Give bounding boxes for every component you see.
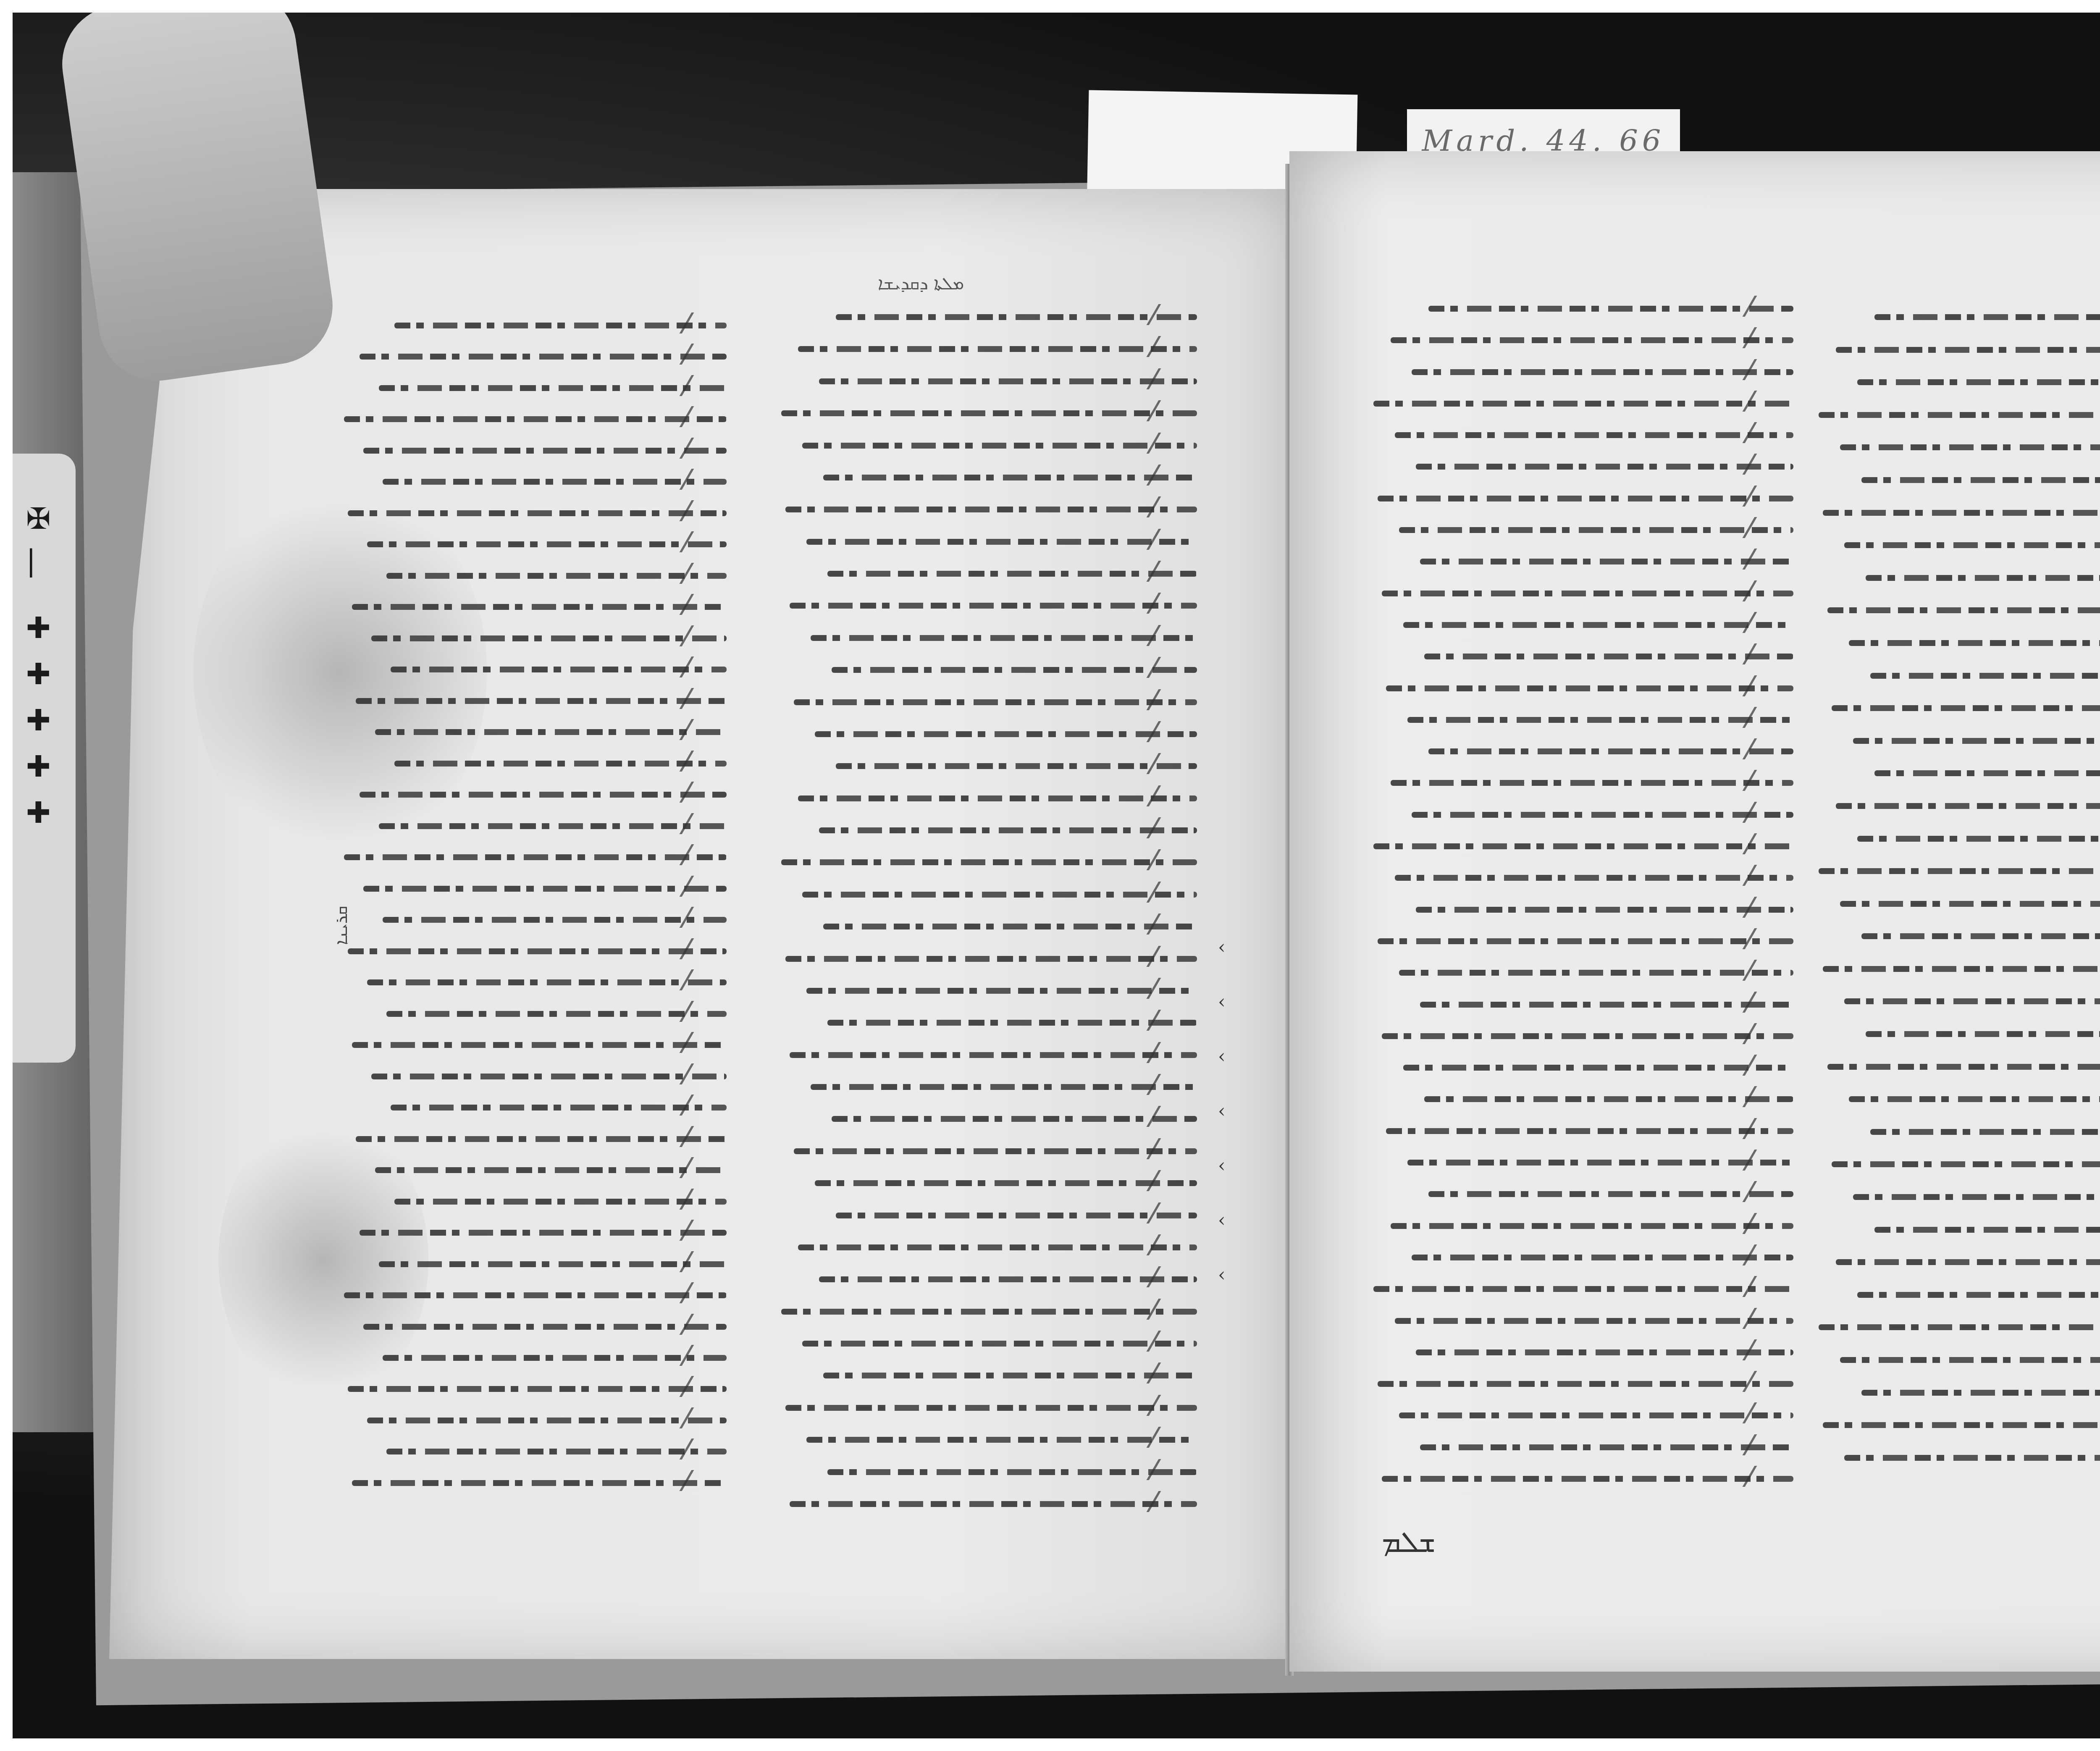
text-line — [777, 1494, 1197, 1512]
text-line — [1369, 836, 1793, 854]
embroidered-sleeve: ✠ | ✚ ✚ ✚ ✚ ✚ — [13, 454, 76, 1063]
text-line — [340, 722, 727, 740]
text-line — [777, 1108, 1197, 1127]
text-line — [777, 1365, 1197, 1383]
text-line — [1814, 665, 2100, 684]
text-line — [340, 941, 727, 959]
text-line — [1369, 1373, 1793, 1392]
text-line — [1369, 362, 1793, 380]
text-line — [1369, 772, 1793, 791]
text-line — [340, 1473, 727, 1491]
text-line — [777, 371, 1197, 389]
text-line — [1369, 298, 1793, 317]
text-line — [1814, 535, 2100, 553]
text-line — [340, 471, 727, 490]
text-line — [340, 1441, 727, 1460]
text-line — [1814, 1089, 2100, 1107]
text-line — [1369, 1310, 1793, 1329]
cross-mark-icon: ✚ — [26, 798, 51, 827]
text-line — [1814, 633, 2100, 651]
text-line — [340, 847, 727, 865]
bar-mark-icon: | — [26, 546, 36, 575]
text-line — [1369, 1247, 1793, 1265]
margin-arrow-icon: ‹ — [1218, 1046, 1226, 1067]
text-line — [1369, 1342, 1793, 1360]
text-line — [1369, 931, 1793, 949]
text-line — [340, 378, 727, 396]
text-line — [1814, 763, 2100, 781]
text-line — [777, 531, 1197, 550]
text-line — [1814, 1447, 2100, 1466]
text-line — [1369, 393, 1793, 412]
text-line — [777, 563, 1197, 582]
margin-arrow-icon: ‹ — [1218, 937, 1226, 958]
text-line — [1369, 741, 1793, 759]
text-line — [777, 884, 1197, 903]
text-line — [1369, 456, 1793, 475]
text-line — [1814, 958, 2100, 977]
text-line — [1369, 614, 1793, 633]
text-line — [777, 1205, 1197, 1223]
text-line — [1814, 437, 2100, 455]
left-page-outer-column — [340, 315, 727, 1491]
text-line — [777, 1269, 1197, 1287]
cross-mark-icon: ✚ — [26, 613, 51, 643]
text-line — [1814, 600, 2100, 618]
text-line — [340, 1191, 727, 1210]
cross-mark-icon: ✚ — [26, 659, 51, 689]
text-line — [777, 1045, 1197, 1063]
text-line — [777, 403, 1197, 421]
text-line — [777, 1462, 1197, 1480]
text-line — [1814, 861, 2100, 879]
running-header: ܡܠܬܐ ܕܩܕܝܫܐ — [878, 273, 964, 294]
text-line — [777, 627, 1197, 646]
text-line — [777, 595, 1197, 614]
text-line — [1369, 1215, 1793, 1234]
text-line — [777, 692, 1197, 710]
text-line — [1814, 1056, 2100, 1075]
text-line — [340, 1003, 727, 1022]
margin-arrow-icon: ‹ — [1218, 1210, 1226, 1231]
text-line — [340, 534, 727, 552]
text-line — [340, 1378, 727, 1397]
text-line — [1814, 567, 2100, 586]
text-line — [777, 980, 1197, 999]
text-line — [777, 1429, 1197, 1448]
text-line — [777, 852, 1197, 870]
text-line — [340, 1034, 727, 1053]
text-line — [1369, 551, 1793, 570]
text-line — [1369, 1278, 1793, 1297]
text-line — [1814, 339, 2100, 358]
text-line — [1369, 1405, 1793, 1423]
text-line — [1369, 994, 1793, 1013]
text-line — [340, 909, 727, 928]
text-line — [340, 1160, 727, 1178]
text-line — [340, 1410, 727, 1428]
text-line — [1369, 1468, 1793, 1487]
text-line — [777, 1397, 1197, 1416]
text-line — [1369, 1089, 1793, 1107]
text-line — [1814, 926, 2100, 944]
text-line — [1814, 698, 2100, 716]
text-line — [1369, 488, 1793, 507]
text-line — [1369, 1026, 1793, 1044]
text-line — [1369, 1057, 1793, 1076]
text-line — [1814, 1154, 2100, 1172]
text-line — [340, 315, 727, 333]
text-line — [777, 1141, 1197, 1159]
text-line — [777, 820, 1197, 838]
text-line — [340, 659, 727, 677]
right-page-inner-column — [1369, 298, 1793, 1487]
text-line — [1814, 404, 2100, 423]
text-line — [1814, 1382, 2100, 1401]
text-line — [1814, 893, 2100, 912]
text-line — [1814, 1024, 2100, 1042]
text-line — [777, 339, 1197, 357]
cross-mark-icon: ✚ — [26, 752, 51, 781]
margin-arrow-icon: ‹ — [1218, 1100, 1226, 1122]
text-line — [1369, 962, 1793, 981]
text-line — [777, 1237, 1197, 1255]
text-line — [777, 435, 1197, 454]
text-line — [1369, 520, 1793, 538]
text-line — [340, 972, 727, 990]
text-line — [340, 565, 727, 584]
text-line — [777, 1333, 1197, 1352]
scribe-signature: ܫܠܡ — [1382, 1525, 1436, 1559]
text-line — [1369, 646, 1793, 664]
text-line — [1814, 730, 2100, 749]
text-line — [777, 467, 1197, 486]
right-page-outer-column — [1814, 307, 2100, 1466]
cross-mark-icon: ✚ — [26, 706, 51, 735]
text-line — [1814, 1121, 2100, 1140]
text-line — [340, 816, 727, 834]
cross-mark-icon: ✠ — [26, 504, 51, 533]
text-line — [777, 724, 1197, 742]
text-line — [777, 788, 1197, 806]
text-line — [1369, 804, 1793, 823]
text-line — [340, 1254, 727, 1272]
text-line — [777, 499, 1197, 517]
text-line — [340, 1097, 727, 1116]
left-page-inner-column — [777, 307, 1197, 1512]
text-line — [1369, 867, 1793, 886]
text-line — [777, 756, 1197, 774]
text-line — [340, 503, 727, 521]
margin-arrow-icon: ‹ — [1218, 1155, 1226, 1176]
text-line — [340, 1347, 727, 1366]
text-line — [1369, 1121, 1793, 1139]
text-line — [777, 1012, 1197, 1031]
text-line — [1814, 991, 2100, 1009]
text-line — [1814, 372, 2100, 390]
text-line — [1814, 1252, 2100, 1270]
text-line — [340, 346, 727, 365]
text-line — [340, 1066, 727, 1084]
text-line — [340, 753, 727, 772]
text-line — [340, 878, 727, 897]
text-line — [340, 1222, 727, 1241]
text-line — [340, 690, 727, 709]
text-line — [1369, 678, 1793, 696]
text-line — [777, 1076, 1197, 1095]
margin-note: ܩܪܝܢܐ — [332, 906, 351, 945]
text-line — [340, 1285, 727, 1303]
text-line — [1369, 330, 1793, 348]
text-line — [777, 307, 1197, 325]
margin-arrow-icon: ‹ — [1218, 991, 1226, 1013]
text-line — [1814, 795, 2100, 814]
text-line — [340, 596, 727, 615]
text-line — [340, 440, 727, 459]
text-line — [777, 916, 1197, 935]
text-line — [1369, 1184, 1793, 1202]
text-line — [340, 409, 727, 427]
text-line — [1814, 1317, 2100, 1335]
text-line — [1814, 470, 2100, 488]
text-line — [1814, 1349, 2100, 1368]
text-line — [1814, 1415, 2100, 1433]
text-line — [340, 1316, 727, 1335]
text-line — [1814, 1284, 2100, 1303]
text-line — [1369, 899, 1793, 918]
text-line — [1369, 1152, 1793, 1171]
text-line — [1814, 307, 2100, 325]
text-line — [1814, 1219, 2100, 1238]
text-line — [340, 1129, 727, 1147]
text-line — [777, 1173, 1197, 1191]
text-line — [777, 659, 1197, 678]
text-line — [777, 948, 1197, 967]
photo-frame: ✠ | ✚ ✚ ✚ ✚ ✚ Mard. 44. 66 ܡܠܬܐ ܕܩܕܝܫܐ ܩ… — [13, 13, 2100, 1738]
text-line — [1814, 502, 2100, 521]
margin-arrow-icon: ‹ — [1218, 1264, 1226, 1286]
text-line — [1369, 709, 1793, 728]
text-line — [340, 784, 727, 803]
text-line — [1369, 1437, 1793, 1455]
text-line — [777, 1301, 1197, 1320]
text-line — [1369, 583, 1793, 601]
text-line — [340, 628, 727, 646]
text-line — [1369, 425, 1793, 443]
text-line — [1814, 1187, 2100, 1205]
text-line — [1814, 828, 2100, 847]
